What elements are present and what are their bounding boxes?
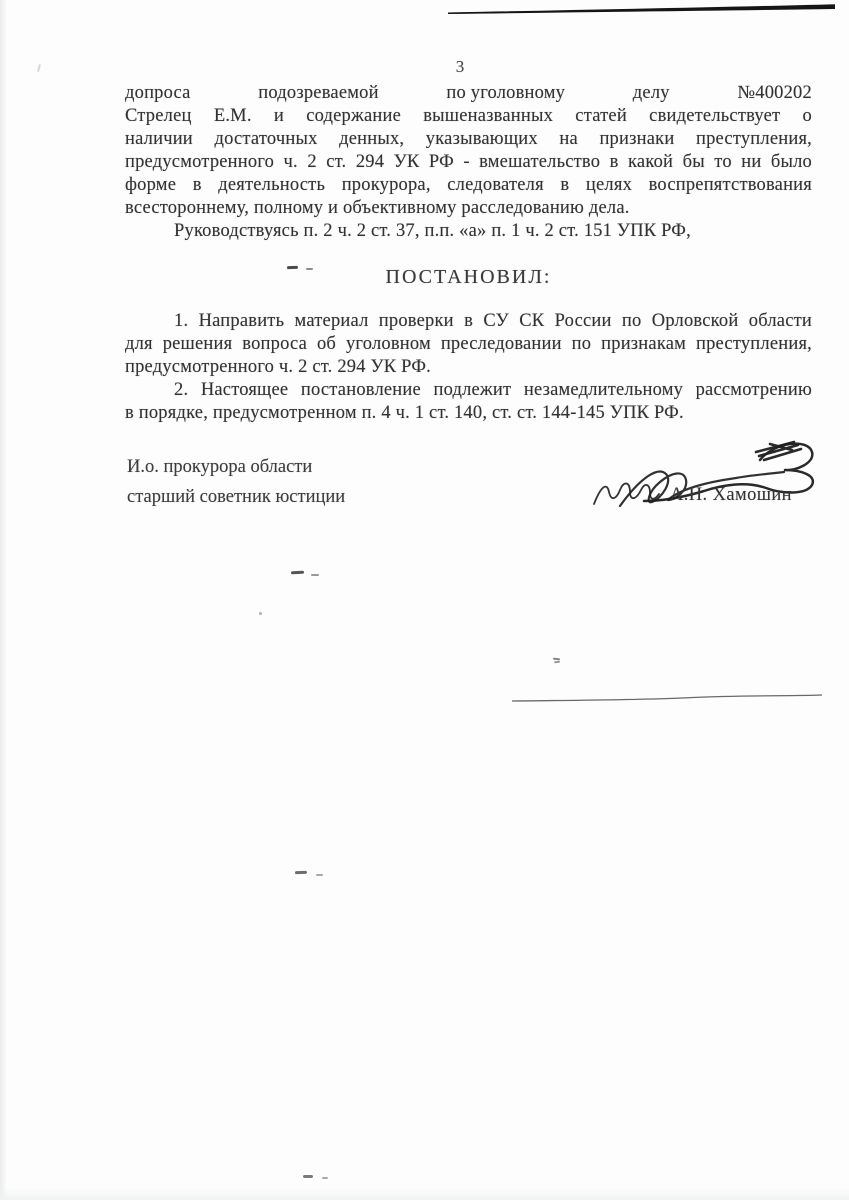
resolution-heading: ПОСТАНОВИЛ: [125,266,812,290]
paragraph1-line3: наличии достаточных денных, указывающих … [125,128,812,151]
paragraph1-line1: допроса подозреваемой по уголовному делу… [125,82,812,105]
paragraph2-line: Руководствуясь п. 2 ч. 2 ст. 37, п.п. «а… [125,220,812,243]
item1-line3: предусмотренного ч. 2 ст. 294 УК РФ. [125,356,812,379]
scan-mark-dash [291,571,304,575]
paragraph1-line4: предусмотренного ч. 2 ст. 294 УК РФ - вм… [125,151,812,174]
scan-mark-dash [287,266,298,269]
scan-mark-dot [259,612,262,615]
document-body: допроса подозреваемой по уголовному делу… [125,82,812,425]
scan-mark-dash [311,574,319,576]
word: делу [633,82,670,105]
item2-line2: в порядке, предусмотренном п. 4 ч. 1 ст.… [125,402,812,425]
page-number: 3 [430,57,490,77]
scan-mark-dash [303,1175,313,1178]
paragraph1-line5: форме в деятельность прокурора, следоват… [125,174,812,197]
scan-mark-dash [295,871,307,874]
item1-line2: для решения вопроса об уголовном преслед… [125,333,812,356]
signer-position-line1: И.о. прокурора области [127,456,312,479]
scan-mark-smudge [554,661,560,663]
word: подозреваемой [258,82,378,105]
scan-mark-faint [37,64,41,72]
scanned-document-page: 3 допроса подозреваемой по уголовному де… [0,0,849,1200]
signer-position-line2: старший советник юстиции [127,486,345,509]
scan-edge-shading-bottom [0,1187,849,1200]
scan-edge-shading-left [0,0,7,1200]
scan-mark-dash [316,874,323,876]
scan-stray-line [508,690,828,706]
word: по уголовному [446,82,565,105]
signer-name: А.Н. Хамошин [670,484,792,507]
word: допроса [125,82,191,105]
item2-line1: 2. Настоящее постановление подлежит неза… [125,379,812,402]
paragraph1-line6: всестороннему, полному и объективному ра… [125,197,812,220]
scan-top-edge-line [440,0,849,18]
case-number: №400202 [737,82,812,105]
item1-line1: 1. Направить материал проверки в СУ СК Р… [125,310,812,333]
scan-mark-dash [322,1177,328,1179]
scan-mark-dash [306,268,313,270]
paragraph1-line2: Стрелец Е.М. и содержание вышеназванных … [125,105,812,128]
